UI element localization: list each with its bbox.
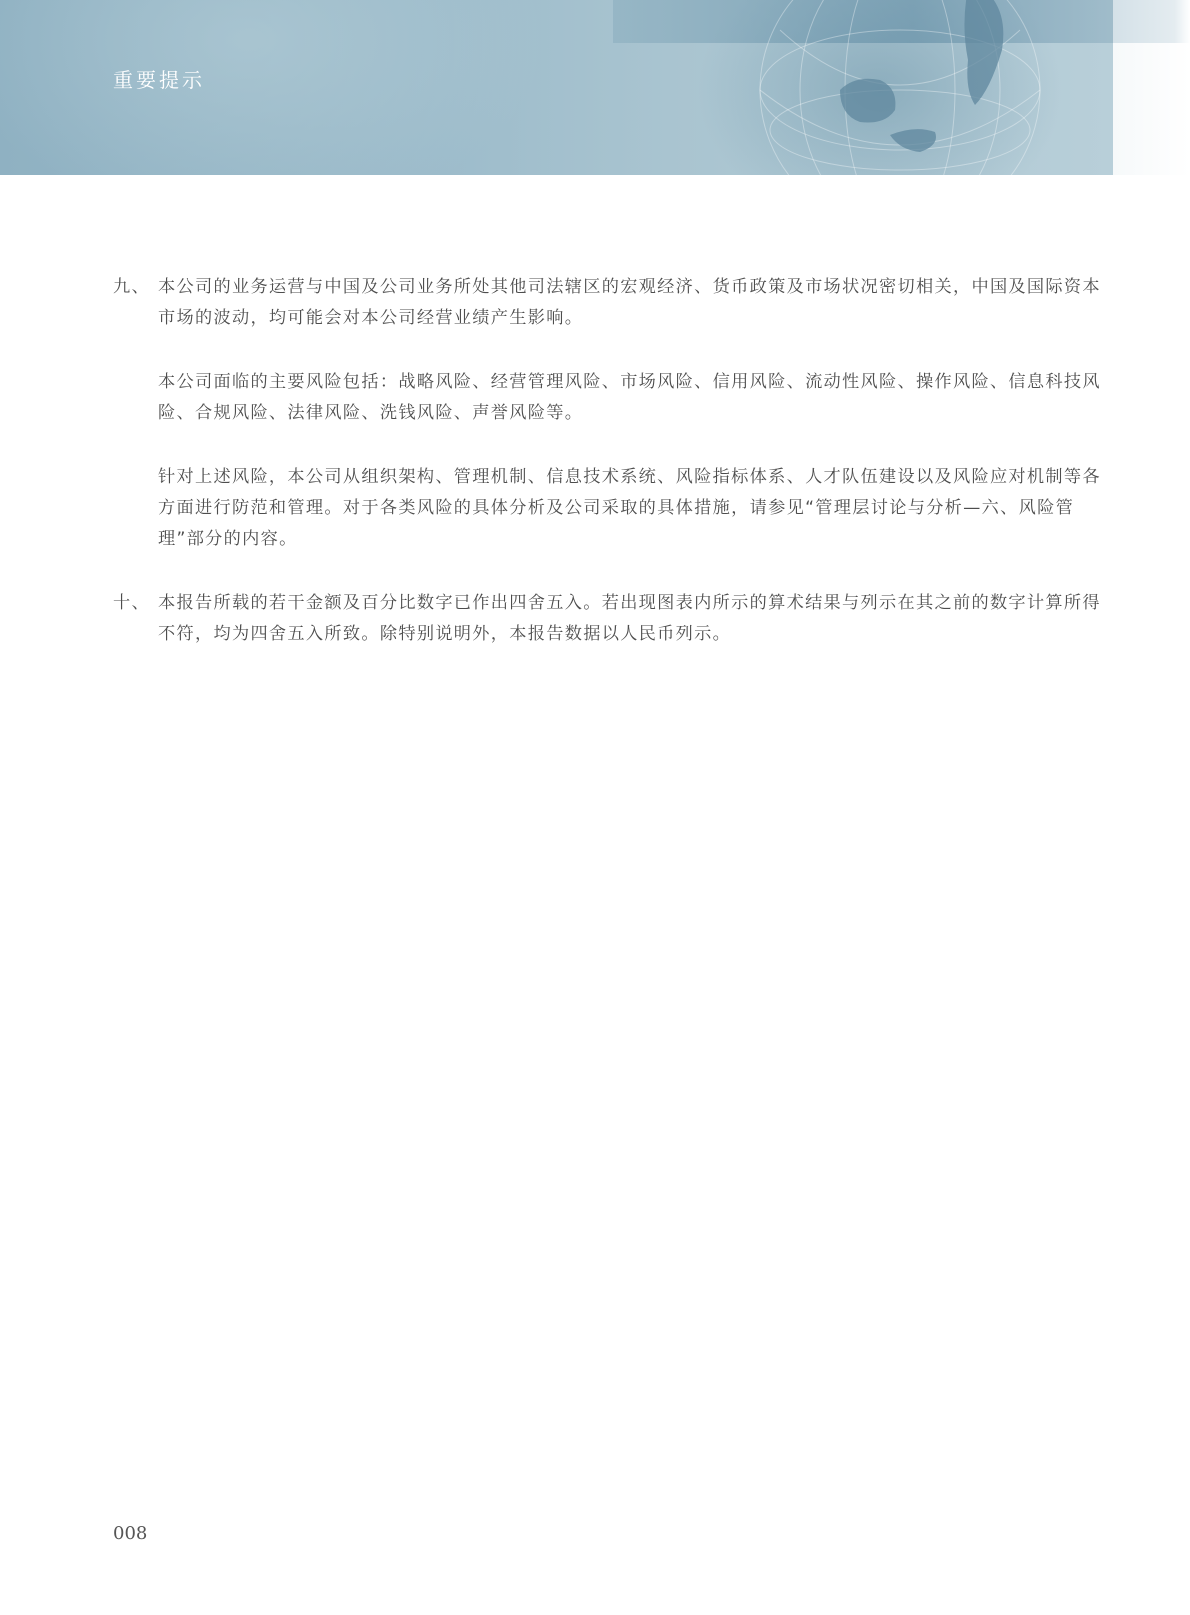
document-body: 九、 本公司的业务运营与中国及公司业务所处其他司法辖区的宏观经济、货币政策及市场… bbox=[113, 272, 1108, 650]
paragraph: 本报告所载的若干金额及百分比数字已作出四舍五入。若出现图表内所示的算术结果与列示… bbox=[158, 593, 1101, 644]
numbered-item-10: 十、 本报告所载的若干金额及百分比数字已作出四舍五入。若出现图表内所示的算术结果… bbox=[113, 588, 1108, 650]
paragraph: 针对上述风险，本公司从组织架构、管理机制、信息技术系统、风险指标体系、人才队伍建… bbox=[158, 462, 1108, 555]
numbered-item-9: 九、 本公司的业务运营与中国及公司业务所处其他司法辖区的宏观经济、货币政策及市场… bbox=[113, 272, 1108, 334]
header-banner: 重要提示 bbox=[0, 0, 1113, 175]
banner-extension-fade bbox=[1113, 43, 1190, 175]
paragraph: 本公司的业务运营与中国及公司业务所处其他司法辖区的宏观经济、货币政策及市场状况密… bbox=[158, 277, 1101, 328]
globe-graphic bbox=[720, 0, 1080, 175]
page-number: 008 bbox=[113, 1523, 147, 1544]
section-title: 重要提示 bbox=[113, 64, 205, 93]
item-number: 十、 bbox=[113, 588, 150, 619]
paragraph: 本公司面临的主要风险包括：战略风险、经营管理风险、市场风险、信用风险、流动性风险… bbox=[158, 367, 1108, 429]
banner-extension bbox=[1113, 0, 1190, 43]
item-number: 九、 bbox=[113, 272, 150, 303]
